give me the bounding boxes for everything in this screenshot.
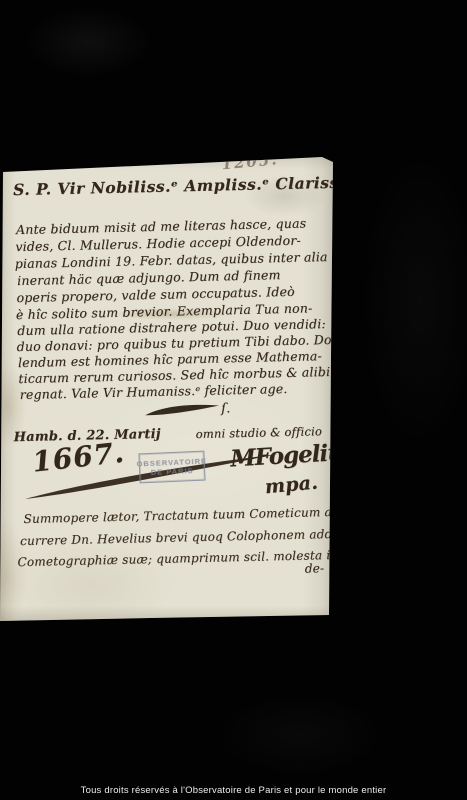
manuscript-scan: 1205. S. P. Vir Nobiliss.ᵉ Ampliss.ᵉ Cla… xyxy=(0,0,467,800)
closing-formula: omni studio & officio xyxy=(196,424,323,441)
signature: MFogelius xyxy=(230,438,356,472)
handwriting-layer: 1205. S. P. Vir Nobiliss.ᵉ Ampliss.ᵉ Cla… xyxy=(0,149,346,623)
postscript-line: Summopere lætor, Tractatum tuum Cometicu… xyxy=(23,503,402,526)
signature-monogram: mpa. xyxy=(264,472,319,499)
postscript-line: currere Dn. Hevelius brevi quoq Colophon… xyxy=(20,527,345,548)
stamp-line-2: DE PARIS xyxy=(151,466,194,477)
observatory-ownership-stamp: OBSERVATOIRE DE PARIS xyxy=(138,451,205,484)
salutation-line: S. P. Vir Nobiliss.ᵉ Ampliss.ᵉ Clariss.ᵉ xyxy=(13,172,352,199)
pen-flourish-dash xyxy=(143,401,223,419)
archival-number: 1205. xyxy=(221,150,279,173)
copyright-caption: Tous droits réservés à l'Observatoire de… xyxy=(0,785,467,796)
catchword: de- xyxy=(305,561,325,575)
postscript-line: Cometographiæ suæ; quamprimum scil. mole… xyxy=(17,548,346,569)
valediction-mark: ſ. xyxy=(221,401,231,416)
letter-page: 1205. S. P. Vir Nobiliss.ᵉ Ampliss.ᵉ Cla… xyxy=(0,156,336,622)
